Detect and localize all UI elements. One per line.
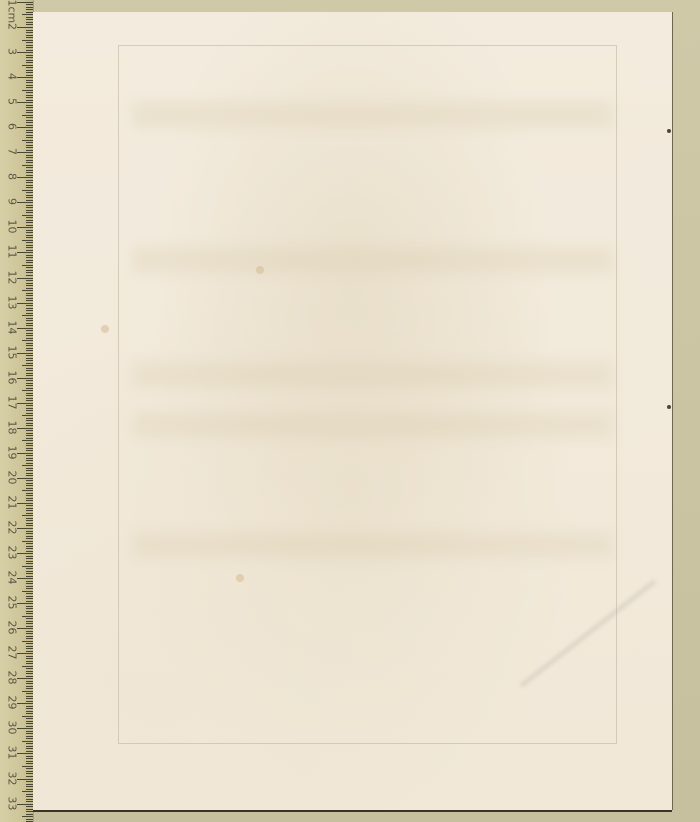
ruler-tick [26,358,33,359]
ruler-tick [26,247,33,248]
ruler-tick [26,87,33,88]
ruler-tick [22,541,33,542]
ruler-tick [17,528,33,529]
ruler-tick [26,626,33,627]
ruler-tick [22,440,33,441]
ruler-tick [22,165,33,166]
ruler-tick [26,571,33,572]
plate-mark [118,45,617,744]
ruler-tick [26,410,33,411]
ruler-tick [26,786,33,787]
ruler-tick [26,493,33,494]
ruler-tick [26,495,33,496]
ruler-tick [26,72,33,73]
ruler-tick [26,458,33,459]
ruler-tick [26,155,33,156]
ruler-tick [26,688,33,689]
ruler-tick [26,17,33,18]
ruler-tick [26,257,33,258]
ruler-tick [26,508,33,509]
ruler-tick [17,753,33,754]
ruler-tick [26,313,33,314]
ruler-tick [26,636,33,637]
ruler-tick [26,112,33,113]
ruler-tick [26,217,33,218]
ruler-tick [26,500,33,501]
ruler-tick [26,723,33,724]
ruler-tick [26,568,33,569]
ruler-tick [26,648,33,649]
ruler-tick [26,525,33,526]
ruler-tick [26,157,33,158]
ruler-tick [17,403,33,404]
ruler-tick [26,733,33,734]
ruler-tick [26,801,33,802]
ruler-tick [26,95,33,96]
ruler-tick [26,413,33,414]
ruler-tick [26,751,33,752]
ruler-tick [26,267,33,268]
ruler-tick [17,2,33,3]
ruler-tick [26,400,33,401]
ruler-tick [22,65,33,66]
ruler-tick [22,716,33,717]
ruler-tick [26,32,33,33]
ruler-tick [26,45,33,46]
ruler-tick [26,345,33,346]
ruler-tick [26,583,33,584]
ruler-tick [26,207,33,208]
ruler-tick [26,385,33,386]
ruler-tick [26,185,33,186]
ruler-tick [17,728,33,729]
ruler-tick [26,260,33,261]
ruler-tick [26,748,33,749]
ruler-tick [26,22,33,23]
ruler-tick [26,485,33,486]
ruler-tick [17,453,33,454]
ruler-tick [17,603,33,604]
ruler-tick [26,237,33,238]
ruler-tick [17,177,33,178]
ruler-tick [26,368,33,369]
ruler-tick [17,628,33,629]
ruler-tick [26,423,33,424]
ruler-tick [26,561,33,562]
ruler-tick [26,513,33,514]
ruler-tick [22,566,33,567]
ruler-tick [26,806,33,807]
ruler-tick [26,42,33,43]
ruler-tick [26,167,33,168]
ruler-tick [26,696,33,697]
ruler-tick [26,220,33,221]
ruler-tick [26,275,33,276]
ruler-tick [26,686,33,687]
ruler-label: 6 [7,117,18,137]
ruler-tick [26,130,33,131]
edge-mark [667,129,671,133]
ruler-tick [26,172,33,173]
ruler-tick [26,338,33,339]
ruler-tick [17,27,33,28]
ruler-tick [26,425,33,426]
ruler-tick [26,100,33,101]
ruler-tick [17,328,33,329]
ruler-tick [26,9,33,10]
ruler-tick [26,661,33,662]
ruler-tick [26,82,33,83]
ruler-tick [26,283,33,284]
ruler-tick [26,676,33,677]
ruler-tick [26,355,33,356]
ruler-tick [26,651,33,652]
ruler-label: 3 [7,42,18,62]
ruler-tick [26,107,33,108]
ruler-tick [26,320,33,321]
ruler-tick [26,658,33,659]
ruler-label: 11 [7,242,18,262]
ruler-tick [26,395,33,396]
ruler-tick [26,593,33,594]
ruler-tick [26,335,33,336]
ruler-tick [26,205,33,206]
ruler-label: 32 [7,768,18,788]
ruler-tick [26,771,33,772]
ruler-tick [22,14,33,15]
ruler-label: 26 [7,618,18,638]
ruler-tick [26,463,33,464]
ruler-tick [26,746,33,747]
bleed-through-band [133,247,612,273]
ruler-tick [26,80,33,81]
ruler-tick [17,428,33,429]
ruler-tick [26,693,33,694]
ruler-tick [26,623,33,624]
ruler-tick [26,731,33,732]
ruler-tick [26,222,33,223]
ruler-tick [26,455,33,456]
ruler-label: 4 [7,67,18,87]
ruler-tick [26,736,33,737]
ruler-tick [26,598,33,599]
ruler-tick [22,816,33,817]
ruler-tick [26,245,33,246]
ruler-tick [26,663,33,664]
ruler-tick [26,350,33,351]
ruler-tick [26,718,33,719]
ruler-tick [17,152,33,153]
ruler-tick [26,180,33,181]
bleed-through-band [133,362,612,388]
ruler-tick [22,290,33,291]
ruler-tick [26,546,33,547]
ruler-tick [26,505,33,506]
ruler-label: 17 [7,392,18,412]
ruler-tick [26,601,33,602]
ruler-tick [26,105,33,106]
ruler-tick [26,711,33,712]
ruler-tick [22,115,33,116]
ruler-tick [26,443,33,444]
ruler-tick [26,613,33,614]
bleed-through-band [133,412,612,438]
ruler-tick [26,405,33,406]
ruler-tick [26,668,33,669]
ruler-tick [26,288,33,289]
ruler-tick [26,7,33,8]
ruler-tick [26,343,33,344]
ruler-tick [22,766,33,767]
ruler-tick [26,536,33,537]
ruler-label: 13 [7,292,18,312]
ruler-tick [26,137,33,138]
ruler-tick [26,523,33,524]
ruler-tick [26,375,33,376]
ruler-tick [26,708,33,709]
ruler-tick [26,47,33,48]
ruler-tick [26,618,33,619]
ruler-label: 28 [7,668,18,688]
ruler-tick [26,784,33,785]
ruler-tick [26,30,33,31]
ruler-tick [22,315,33,316]
ruler-tick [26,182,33,183]
ruler-tick [26,305,33,306]
ruler-tick [26,773,33,774]
ruler-tick [26,608,33,609]
ruler-tick [26,758,33,759]
ruler-label: 27 [7,643,18,663]
foxing-spot [236,574,244,582]
ruler-tick [26,531,33,532]
ruler-tick [26,581,33,582]
ruler-tick [26,70,33,71]
ruler-tick [26,132,33,133]
ruler-tick [17,278,33,279]
ruler-label: 33 [7,793,18,813]
ruler-label: 15 [7,342,18,362]
ruler-tick [26,533,33,534]
ruler-tick [26,781,33,782]
ruler-tick [17,653,33,654]
ruler-tick [26,117,33,118]
ruler-tick [26,363,33,364]
ruler-tick [26,225,33,226]
ruler-tick [26,520,33,521]
ruler-tick [26,556,33,557]
ruler-tick [26,701,33,702]
ruler-tick [26,122,33,123]
ruler-tick [26,673,33,674]
ruler-tick [26,408,33,409]
ruler-tick [26,611,33,612]
ruler-tick [22,40,33,41]
ruler-label: 30 [7,718,18,738]
ruler-tick [26,318,33,319]
ruler-tick [26,230,33,231]
ruler-tick [26,92,33,93]
ruler-tick [22,515,33,516]
ruler-tick [26,776,33,777]
ruler-label: 24 [7,568,18,588]
ruler-tick [26,638,33,639]
ruler-tick [26,373,33,374]
ruler-tick [26,162,33,163]
ruler-tick [26,438,33,439]
ruler-tick [26,333,33,334]
ruler-tick [26,460,33,461]
ruler-tick [26,50,33,51]
ruler-tick [26,713,33,714]
ruler-tick [22,190,33,191]
ruler-tick [26,360,33,361]
ruler-tick [26,646,33,647]
ruler-tick [26,150,33,151]
ruler-tick [26,197,33,198]
ruler-tick [26,738,33,739]
ruler-tick [26,548,33,549]
ruler-label: 31 [7,743,18,763]
ruler-tick [17,703,33,704]
ruler-tick [26,510,33,511]
ruler-label: 2 [7,17,18,37]
ruler-tick [26,85,33,86]
ruler-tick [26,488,33,489]
ruler-label: 5 [7,92,18,112]
ruler-tick [26,200,33,201]
ruler-tick [26,633,33,634]
ruler-tick [26,285,33,286]
ruler-label: 9 [7,192,18,212]
ruler-tick [17,678,33,679]
foxing-spot [256,266,264,274]
ruler-tick [17,127,33,128]
ruler-tick [26,621,33,622]
ruler-tick [26,480,33,481]
ruler-tick [26,573,33,574]
ruler-label: 20 [7,467,18,487]
ruler-tick [26,325,33,326]
ruler-tick [26,538,33,539]
ruler-tick [22,666,33,667]
ruler-tick [26,262,33,263]
ruler-tick [26,37,33,38]
ruler-tick [26,681,33,682]
paper-sheet [33,12,672,810]
ruler-tick [17,227,33,228]
ruler-label: 19 [7,442,18,462]
ruler-label: 22 [7,518,18,538]
ruler-tick [17,52,33,53]
ruler-tick [22,265,33,266]
ruler-tick [26,192,33,193]
ruler-tick [26,310,33,311]
ruler-tick [26,110,33,111]
ruler-tick [26,380,33,381]
ruler-tick [26,272,33,273]
ruler-label: 21 [7,492,18,512]
ruler-tick [26,789,33,790]
ruler-tick [26,75,33,76]
ruler-label: 16 [7,367,18,387]
ruler-tick [26,62,33,63]
ruler-tick [22,591,33,592]
ruler-tick [26,683,33,684]
ruler-tick [26,97,33,98]
ruler-tick [26,195,33,196]
ruler-tick [26,187,33,188]
ruler-tick [26,57,33,58]
ruler-tick [26,323,33,324]
ruler-tick [26,721,33,722]
ruler-tick [26,250,33,251]
ruler-tick [17,779,33,780]
ruler-tick [26,435,33,436]
ruler-tick [26,145,33,146]
ruler-tick [26,388,33,389]
ruler-tick [17,353,33,354]
ruler-tick [22,90,33,91]
ruler-tick [26,814,33,815]
ruler-tick [26,125,33,126]
ruler-label: 14 [7,317,18,337]
ruler-tick [26,606,33,607]
ruler-tick [22,691,33,692]
ruler-tick [26,12,33,13]
ruler-tick [26,468,33,469]
ruler-tick [26,420,33,421]
ruler-label: 10 [7,217,18,237]
ruler-label: 7 [7,142,18,162]
ruler-label: 8 [7,167,18,187]
ruler-tick [26,19,33,20]
ruler-label: 25 [7,593,18,613]
ruler-tick [26,67,33,68]
ruler-tick [26,398,33,399]
ruler-tick [22,641,33,642]
ruler-tick [26,631,33,632]
ruler-tick [26,799,33,800]
ruler-tick [26,135,33,136]
ruler-tick [26,160,33,161]
ruler-tick [17,478,33,479]
edge-mark [667,405,671,409]
ruler-tick [26,242,33,243]
ruler-tick [26,819,33,820]
ruler-tick [17,252,33,253]
ruler-tick [26,794,33,795]
ruler-tick [26,280,33,281]
ruler-tick [26,756,33,757]
ruler-label: 18 [7,417,18,437]
ruler-tick [17,303,33,304]
ruler-tick [17,77,33,78]
ruler-label: 12 [7,267,18,287]
ruler-tick [26,498,33,499]
ruler-tick [26,586,33,587]
ruler-tick [26,761,33,762]
ruler-tick [26,4,33,5]
ruler-tick [22,390,33,391]
ruler-tick [22,340,33,341]
ruler-tick [26,295,33,296]
ruler-tick [26,383,33,384]
ruler-tick [17,102,33,103]
ruler-tick [26,643,33,644]
ruler-tick [26,743,33,744]
ruler-tick [26,551,33,552]
